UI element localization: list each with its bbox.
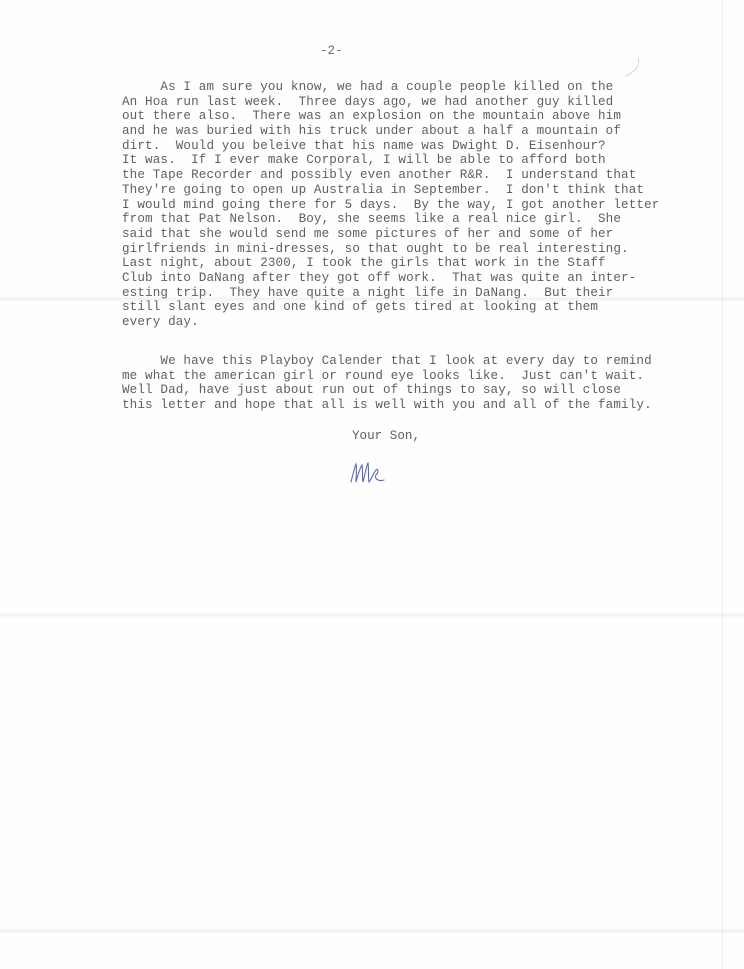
text-line: still slant eyes and one kind of gets ti… — [122, 300, 659, 315]
handwritten-signature — [348, 458, 388, 486]
text-line: this letter and hope that all is well wi… — [122, 398, 652, 413]
text-line: esting trip. They have quite a night lif… — [122, 286, 659, 301]
text-line: As I am sure you know, we had a couple p… — [122, 80, 659, 95]
text-line: I would mind going there for 5 days. By … — [122, 198, 659, 213]
fold-crease — [0, 928, 744, 934]
letter-page: -2- As I am sure you know, we had a coup… — [0, 0, 744, 969]
text-line: Well Dad, have just about run out of thi… — [122, 383, 652, 398]
fold-crease — [0, 612, 744, 618]
page-number: -2- — [320, 44, 343, 58]
text-line: They're going to open up Australia in Se… — [122, 183, 659, 198]
letter-closing: Your Son, — [352, 429, 420, 443]
text-line: We have this Playboy Calender that I loo… — [122, 354, 652, 369]
text-line: girlfriends in mini-dresses, so that oug… — [122, 242, 659, 257]
letter-paragraph-2: We have this Playboy Calender that I loo… — [122, 354, 652, 413]
text-line: every day. — [122, 315, 659, 330]
text-line: the Tape Recorder and possibly even anot… — [122, 168, 659, 183]
text-line: dirt. Would you beleive that his name wa… — [122, 139, 659, 154]
letter-paragraph-1: As I am sure you know, we had a couple p… — [122, 80, 659, 330]
text-line: from that Pat Nelson. Boy, she seems lik… — [122, 212, 659, 227]
text-line: Club into DaNang after they got off work… — [122, 271, 659, 286]
text-line: and he was buried with his truck under a… — [122, 124, 659, 139]
text-line: Last night, about 2300, I took the girls… — [122, 256, 659, 271]
text-line: It was. If I ever make Corporal, I will … — [122, 153, 659, 168]
text-line: me what the american girl or round eye l… — [122, 369, 652, 384]
text-line: An Hoa run last week. Three days ago, we… — [122, 95, 659, 110]
text-line: said that she would send me some picture… — [122, 227, 659, 242]
page-edge-line — [722, 0, 723, 969]
text-line: out there also. There was an explosion o… — [122, 109, 659, 124]
